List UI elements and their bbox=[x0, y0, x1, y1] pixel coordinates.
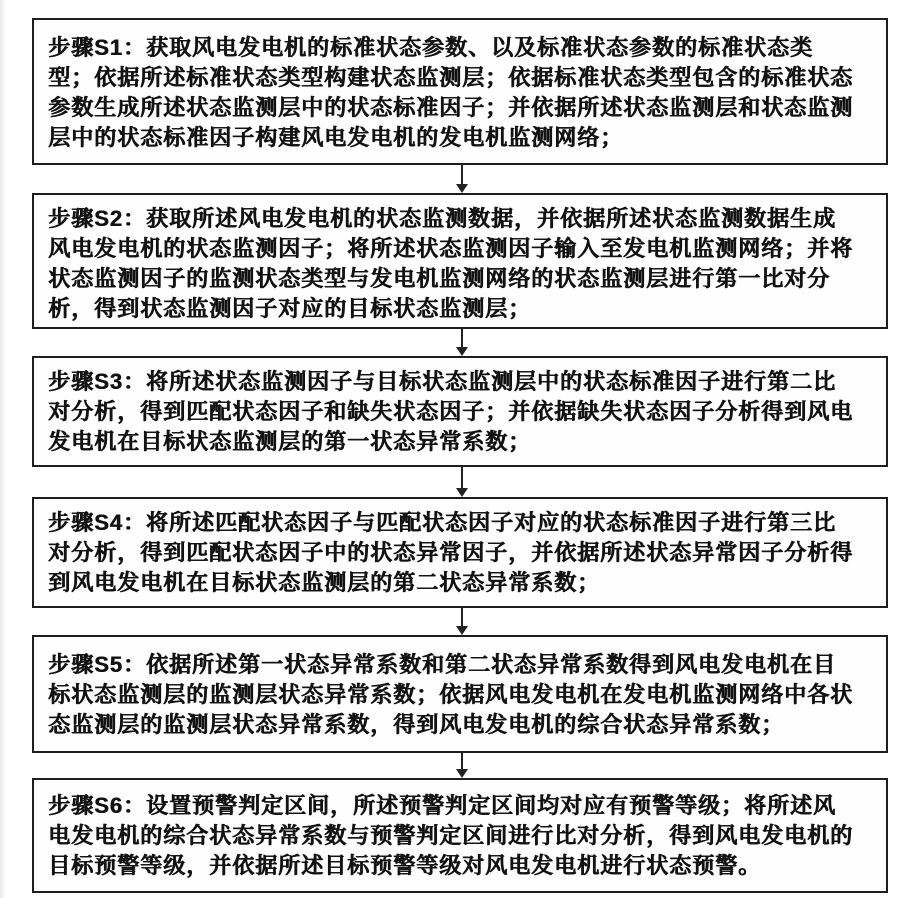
step-box-s6: 步骤S6：设置预警判定区间，所述预警判定区间均对应有预警等级；将所述风 电发电机… bbox=[32, 778, 888, 893]
arrow-shaft bbox=[461, 608, 463, 627]
step-text-line: 标状态监测层的监测层状态异常系数；依据风电发电机在发电机监测网络中各状 bbox=[48, 680, 874, 710]
step-text-line: 电发电机的综合状态异常系数与预警判定区间进行比对分析，得到风电发电机的 bbox=[48, 821, 874, 851]
step-text-line: 对分析，得到匹配状态因子和缺失状态因子；并依据缺失状态因子分析得到风电 bbox=[48, 397, 874, 427]
step-text-line: 步骤S5：依据所述第一状态异常系数和第二状态异常系数得到风电发电机在目 bbox=[48, 650, 874, 680]
step-box-s2: 步骤S2：获取所述风电发电机的状态监测数据，并依据所述状态监测数据生成 风电发电… bbox=[32, 193, 888, 329]
step-text-line: 步骤S1：获取风电发电机的标准状态参数、以及标准状态参数的标准状态类 bbox=[48, 33, 874, 63]
step-text-line: 步骤S6：设置预警判定区间，所述预警判定区间均对应有预警等级；将所述风 bbox=[48, 791, 874, 821]
step-text-line: 型；依据所述标准状态类型构建状态监测层；依据标准状态类型包含的标准状态 bbox=[48, 63, 874, 93]
step-box-s1: 步骤S1：获取风电发电机的标准状态参数、以及标准状态参数的标准状态类 型；依据所… bbox=[32, 18, 888, 165]
step-text-line: 风电发电机的状态监测因子；将所述状态监测因子输入至发电机监测网络；并将 bbox=[48, 234, 874, 264]
step-text-line: 析，得到状态监测因子对应的目标状态监测层； bbox=[48, 294, 874, 324]
arrow-shaft bbox=[461, 467, 463, 489]
step-text-line: 步骤S3：将所述状态监测因子与目标状态监测层中的状态标准因子进行第二比 bbox=[48, 367, 874, 397]
step-text-line: 对分析，得到匹配状态因子中的状态异常因子，并依据所述状态异常因子分析得 bbox=[48, 538, 874, 568]
step-text-line: 发电机在目标状态监测层的第一状态异常系数； bbox=[48, 427, 874, 457]
down-arrow-icon bbox=[454, 329, 470, 356]
arrow-shaft bbox=[461, 329, 463, 348]
step-box-s4: 步骤S4：将所述匹配状态因子与匹配状态因子对应的状态标准因子进行第三比 对分析，… bbox=[32, 497, 888, 608]
step-text-line: 步骤S2：获取所述风电发电机的状态监测数据，并依据所述状态监测数据生成 bbox=[48, 204, 874, 234]
step-text-line: 步骤S4：将所述匹配状态因子与匹配状态因子对应的状态标准因子进行第三比 bbox=[48, 508, 874, 538]
down-arrow-icon bbox=[454, 467, 470, 497]
arrow-head bbox=[456, 488, 468, 497]
arrow-head bbox=[456, 769, 468, 778]
step-text-line: 层中的状态标准因子构建风电发电机的发电机监测网络； bbox=[48, 123, 874, 153]
down-arrow-icon bbox=[454, 753, 470, 778]
step-box-s3: 步骤S3：将所述状态监测因子与目标状态监测层中的状态标准因子进行第二比 对分析，… bbox=[32, 356, 888, 467]
flowchart: 步骤S1：获取风电发电机的标准状态参数、以及标准状态参数的标准状态类 型；依据所… bbox=[0, 0, 920, 898]
step-text-line: 状态监测因子的监测状态类型与发电机监测网络的状态监测层进行第一比对分 bbox=[48, 264, 874, 294]
arrow-head bbox=[456, 626, 468, 635]
step-text-line: 目标预警等级，并依据所述目标预警等级对风电发电机进行状态预警。 bbox=[48, 851, 874, 881]
scan-edge-artifact bbox=[0, 0, 6, 898]
arrow-shaft bbox=[461, 753, 463, 770]
step-text-line: 到风电发电机在目标状态监测层的第二状态异常系数； bbox=[48, 568, 874, 598]
down-arrow-icon bbox=[454, 165, 470, 193]
step-box-s5: 步骤S5：依据所述第一状态异常系数和第二状态异常系数得到风电发电机在目 标状态监… bbox=[32, 635, 888, 753]
arrow-shaft bbox=[461, 165, 463, 185]
step-text-line: 态监测层的监测层状态异常系数，得到风电发电机的综合状态异常系数； bbox=[48, 710, 874, 740]
arrow-head bbox=[456, 347, 468, 356]
step-text-line: 参数生成所述状态监测层中的状态标准因子；并依据所述状态监测层和状态监测 bbox=[48, 93, 874, 123]
arrow-head bbox=[456, 184, 468, 193]
down-arrow-icon bbox=[454, 608, 470, 635]
